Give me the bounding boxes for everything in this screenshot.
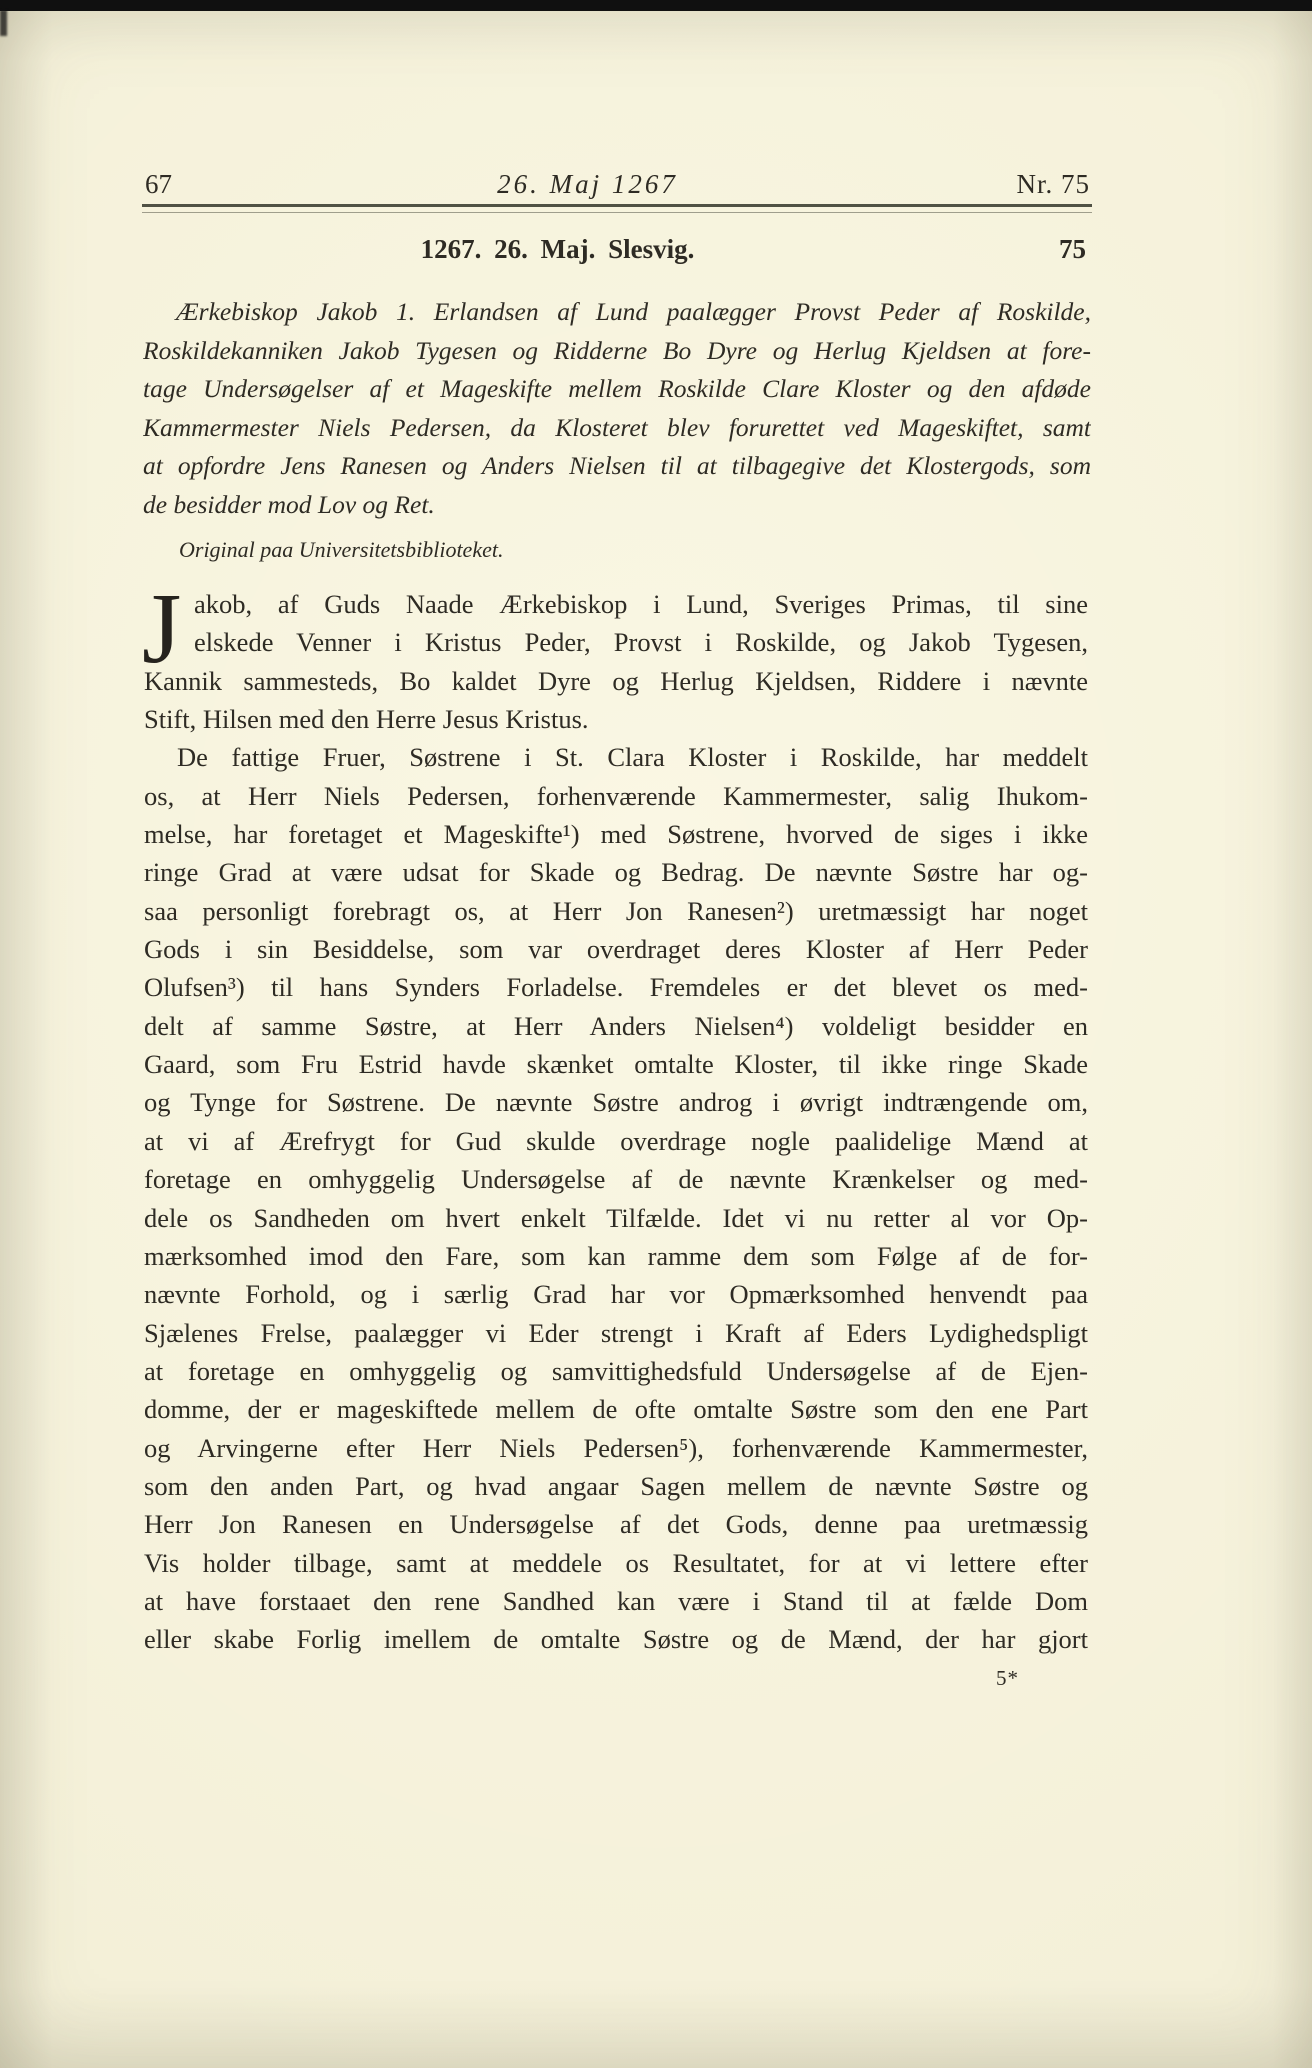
scanned-page: 67 26. Maj 1267 Nr. 75 1267. 26. Maj. Sl… (0, 0, 1312, 2068)
document-number-right: Nr. 75 (1017, 169, 1091, 200)
text-line: Olufsen³) til hans Synders Forladelse. F… (144, 968, 1088, 1006)
text-line: tage Undersøgelser af et Mageskifte mell… (143, 370, 1091, 409)
text-line: at opfordre Jens Ranesen og Anders Niels… (143, 447, 1091, 486)
entry-heading: 1267. 26. Maj. Slesvig. 75 (145, 234, 1090, 270)
text-line: eller skabe Forlig imellem de omtalte Sø… (144, 1620, 1088, 1658)
text-line: at have forstaaet den rene Sandhed kan v… (144, 1582, 1088, 1620)
entry-number: 75 (1059, 234, 1086, 265)
text-line: foretage en omhyggelig Undersøgelse af d… (144, 1160, 1088, 1198)
text-line: ringe Grad at være udsat for Skade og Be… (144, 853, 1088, 891)
entry-date-place: 1267. 26. Maj. Slesvig. (145, 234, 970, 265)
text-line: akob, af Guds Naade Ærkebiskop i Lund, S… (144, 585, 1088, 623)
scan-edge-notch (0, 10, 7, 36)
running-header: 67 26. Maj 1267 Nr. 75 (145, 160, 1090, 200)
text-line: og Tynge for Søstrene. De nævnte Søstre … (144, 1083, 1088, 1121)
regest-summary: Ærkebiskop Jakob 1. Erlandsen af Lund pa… (143, 293, 1091, 525)
text-line: mærksomhed imod den Fare, som kan ramme … (144, 1237, 1088, 1275)
text-line: os, at Herr Niels Pedersen, forhenværend… (144, 777, 1088, 815)
text-line: Gaard, som Fru Estrid havde skænket omta… (144, 1045, 1088, 1083)
text-line: Gods i sin Besiddelse, som var overdrage… (144, 930, 1088, 968)
source-note: Original paa Universitetsbiblioteket. (179, 537, 979, 563)
body-lines: akob, af Guds Naade Ærkebiskop i Lund, S… (144, 585, 1088, 1659)
scan-edge-band (0, 0, 1312, 11)
text-line: Kammermester Niels Pedersen, da Klostere… (143, 409, 1091, 448)
text-line: Stift, Hilsen med den Herre Jesus Kristu… (144, 700, 1088, 738)
text-line: Herr Jon Ranesen en Undersøgelse af det … (144, 1505, 1088, 1543)
text-line: elskede Venner i Kristus Peder, Provst i… (144, 623, 1088, 661)
text-line: Vis holder tilbage, samt at meddele os R… (144, 1544, 1088, 1582)
drop-cap: J (142, 578, 181, 679)
text-line: som den anden Part, og hvad angaar Sagen… (144, 1467, 1088, 1505)
text-line: dele os Sandheden om hvert enkelt Tilfæl… (144, 1199, 1088, 1237)
text-line: saa personligt forebragt os, at Herr Jon… (144, 892, 1088, 930)
header-rule (142, 204, 1092, 213)
text-line: at foretage en omhyggelig og samvittighe… (144, 1352, 1088, 1390)
text-line: Sjælenes Frelse, paalægger vi Eder stren… (144, 1314, 1088, 1352)
text-line: De fattige Fruer, Søstrene i St. Clara K… (144, 738, 1088, 776)
signature-mark: 5* (996, 1666, 1019, 1691)
running-title: 26. Maj 1267 (145, 169, 1030, 200)
text-line: at vi af Ærefrygt for Gud skulde overdra… (144, 1122, 1088, 1160)
text-line: Roskildekanniken Jakob Tygesen og Ridder… (143, 332, 1091, 371)
text-line: nævnte Forhold, og i særlig Grad har vor… (144, 1275, 1088, 1313)
text-line: og Arvingerne efter Herr Niels Pedersen⁵… (144, 1429, 1088, 1467)
text-line: domme, der er mageskiftede mellem de oft… (144, 1390, 1088, 1428)
text-line: melse, har foretaget et Mageskifte¹) med… (144, 815, 1088, 853)
text-line: Kannik sammesteds, Bo kaldet Dyre og Her… (144, 662, 1088, 700)
text-line: Ærkebiskop Jakob 1. Erlandsen af Lund pa… (143, 293, 1091, 332)
text-line: de besidder mod Lov og Ret. (143, 486, 1091, 525)
text-line: delt af samme Søstre, at Herr Anders Nie… (144, 1007, 1088, 1045)
body-text: J akob, af Guds Naade Ærkebiskop i Lund,… (144, 585, 1088, 1659)
